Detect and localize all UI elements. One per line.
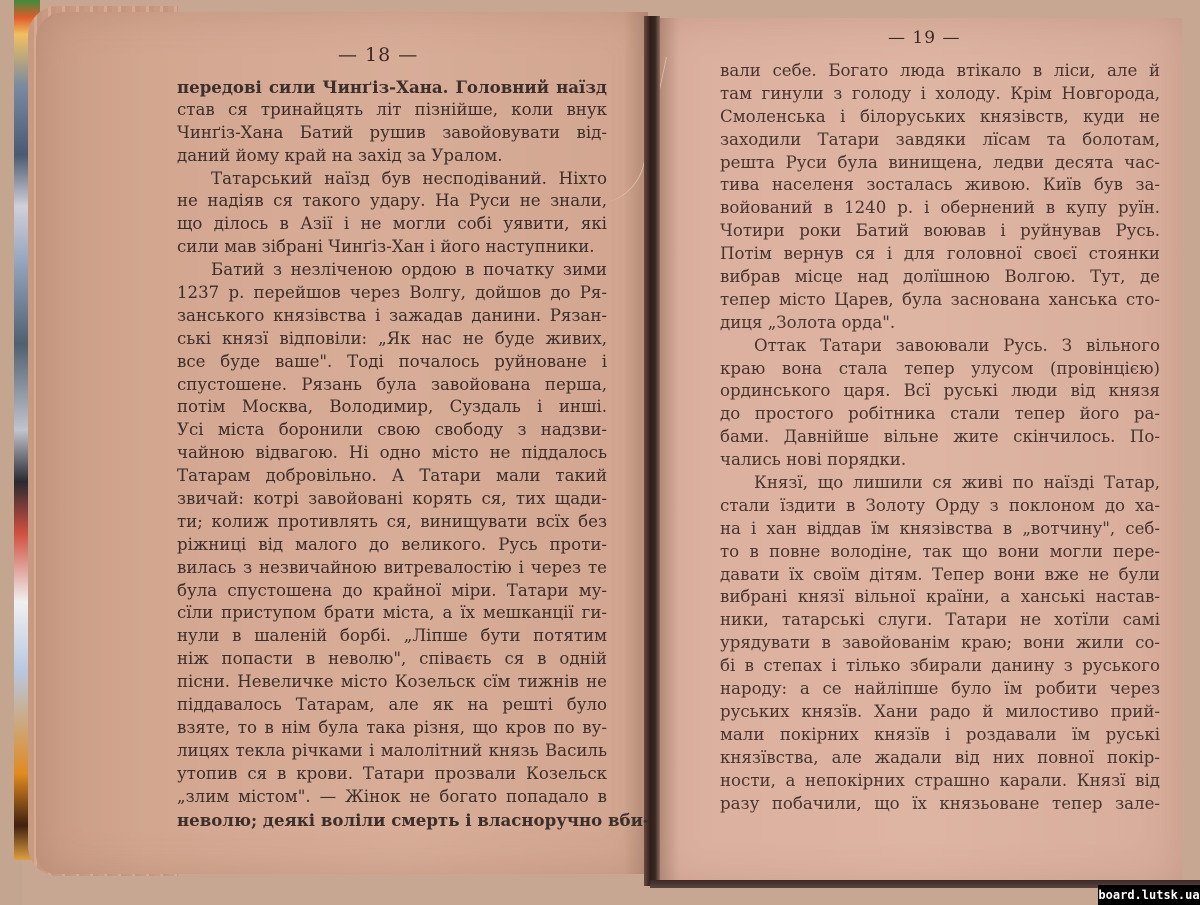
text-line: давати їх своїм дітям. Тепер вони вже не… bbox=[720, 564, 1160, 587]
text-line: ности, а непокірних страшно карали. Княз… bbox=[720, 770, 1160, 793]
text-line: неволю; деякі воліли смерть і власноручн… bbox=[177, 809, 607, 832]
text-line: Батий з незліченою ордою в початку зими bbox=[177, 259, 607, 282]
text-line: передові сили Чинґіз-Хана. Головний наїз… bbox=[177, 76, 607, 99]
text-line: Смоленська і білоруських князівств, куди… bbox=[720, 106, 1160, 129]
text-line: тепер місто Царев, була заснована ханськ… bbox=[720, 289, 1160, 312]
text-line: князївства, але жадали від них повної по… bbox=[720, 747, 1160, 770]
text-line: чались нові порядки. bbox=[720, 449, 1160, 472]
text-line: сили мав зібрані Чинґіз-Хан і його насту… bbox=[177, 236, 607, 259]
text-line: Усі міста боронили свою свободу з надзви… bbox=[177, 419, 607, 442]
text-line: Потім вернув ся і для головної своєї сто… bbox=[720, 243, 1160, 266]
text-line: то в повне володіне, так що вони могли п… bbox=[720, 541, 1160, 564]
text-line: мали покірних князїв і роздавали їм русь… bbox=[720, 724, 1160, 747]
text-line: Татарський наїзд був несподіваний. Ніхто bbox=[177, 168, 607, 191]
text-line: ти; колиж противлять ся, винищувати всїх… bbox=[177, 511, 607, 534]
text-line: на і хан віддав їм князівства в „вотчину… bbox=[720, 518, 1160, 541]
text-line: заходили Татари завдяки лїсам та болотам… bbox=[720, 129, 1160, 152]
text-line: вилась з незвичайною витревалостію і чер… bbox=[177, 557, 607, 580]
text-line: нули в шаленій борбі. „Ліпше бути потяти… bbox=[177, 625, 607, 648]
right-page-text: вали себе. Богато люда втікало в ліси, а… bbox=[720, 60, 1160, 815]
text-line: войований в 1240 р. і обернений в купу р… bbox=[720, 197, 1160, 220]
text-line: вибрав місце над долїшною Волгою. Тут, д… bbox=[720, 266, 1160, 289]
text-line: урядувати в завойованім краю; вони жили … bbox=[720, 632, 1160, 655]
text-line: диця „Золота орда". bbox=[720, 312, 1160, 335]
text-line: ніж попасти в неволю", співаєть ся в одн… bbox=[177, 648, 607, 671]
book-gutter bbox=[644, 16, 660, 886]
page-number-right: — 19 — bbox=[888, 28, 960, 48]
text-line: решта Руси була винищена, ледви десята ч… bbox=[720, 152, 1160, 175]
text-line: ські князї відповіли: „Як нас не буде жи… bbox=[177, 328, 607, 351]
text-line: Чинґіз-Хана Батий рушив завойовувати від… bbox=[177, 122, 607, 145]
text-line: Князї, що лишили ся живі по наїзді Татар… bbox=[720, 472, 1160, 495]
text-line: бами. Давнійше вільне жите скінчилось. П… bbox=[720, 426, 1160, 449]
text-line: „злим містом". — Жінок не богато попадал… bbox=[177, 786, 607, 809]
text-line: стали їздити в Золоту Орду з поклоном до… bbox=[720, 495, 1160, 518]
text-line: разу побачили, що їх князьоване тепер за… bbox=[720, 793, 1160, 816]
text-line: що ділось в Азії і не могли собі уявити,… bbox=[177, 213, 607, 236]
page-number-left: — 18 — bbox=[338, 44, 418, 66]
watermark: board.lutsk.ua bbox=[1098, 885, 1200, 905]
text-line: не надіяв ся такого удару. На Руси не зн… bbox=[177, 190, 607, 213]
text-line: потім Москва, Володимир, Суздаль і инші. bbox=[177, 396, 607, 419]
text-line: Татарам добровільно. А Татари мали такий bbox=[177, 465, 607, 488]
text-line: сїли приступом брати міста, а їх мешканц… bbox=[177, 602, 607, 625]
text-line: пісни. Невеличке місто Козельск сїм тижн… bbox=[177, 671, 607, 694]
text-line: ординського царя. Всї руські люди від кн… bbox=[720, 380, 1160, 403]
text-line: все буде ваше". Тоді почалось руйноване … bbox=[177, 351, 607, 374]
text-line: краю вона стала тепер улусом (провінцією… bbox=[720, 358, 1160, 381]
text-line: звичай: котрі завойовані корять ся, тих … bbox=[177, 488, 607, 511]
text-line: 1237 р. перейшов через Волгу, дойшов до … bbox=[177, 282, 607, 305]
text-line: ріжниці від малого до великого. Русь про… bbox=[177, 534, 607, 557]
text-line: бі в степах і тілько збирали данину з ру… bbox=[720, 655, 1160, 678]
text-line: даний йому край на захід за Уралом. bbox=[177, 145, 607, 168]
text-line: чайною відвагою. Ні одно місто не піддал… bbox=[177, 442, 607, 465]
text-line: став ся тринайцять літ пізнійше, коли вн… bbox=[177, 99, 607, 122]
left-page-text: передові сили Чинґіз-Хана. Головний наїз… bbox=[177, 76, 607, 831]
text-line: тива населеня зосталась живою. Київ був … bbox=[720, 174, 1160, 197]
text-line: вали себе. Богато люда втікало в ліси, а… bbox=[720, 60, 1160, 83]
text-line: там гинули з голоду і холоду. Крім Новго… bbox=[720, 83, 1160, 106]
text-line: народу: а се найліпше було їм робити чер… bbox=[720, 678, 1160, 701]
text-line: занського князівства і зажадав данини. Р… bbox=[177, 305, 607, 328]
text-line: до простого робітника стали тепер його р… bbox=[720, 403, 1160, 426]
text-line: Чотири роки Батий воював і руйнував Русь… bbox=[720, 220, 1160, 243]
text-line: лицях текла річками і малолітний князь В… bbox=[177, 740, 607, 763]
text-line: утопив ся в крови. Татари прозвали Козел… bbox=[177, 763, 607, 786]
text-line: спустошене. Рязань була завойована перша… bbox=[177, 374, 607, 397]
text-line: була спустошена до крайної міри. Татари … bbox=[177, 580, 607, 603]
text-line: піддавалось Татарам, але як на решті бул… bbox=[177, 694, 607, 717]
text-line: ники, татарські слуги. Татари не хотїли … bbox=[720, 609, 1160, 632]
text-line: взяте, то в нім була така різня, що кров… bbox=[177, 717, 607, 740]
text-line: руських князїв. Хани радо й милостиво пр… bbox=[720, 701, 1160, 724]
text-line: вибрані князї вільної країни, а ханські … bbox=[720, 586, 1160, 609]
text-line: Оттак Татари завоювали Русь. З вільного bbox=[720, 335, 1160, 358]
